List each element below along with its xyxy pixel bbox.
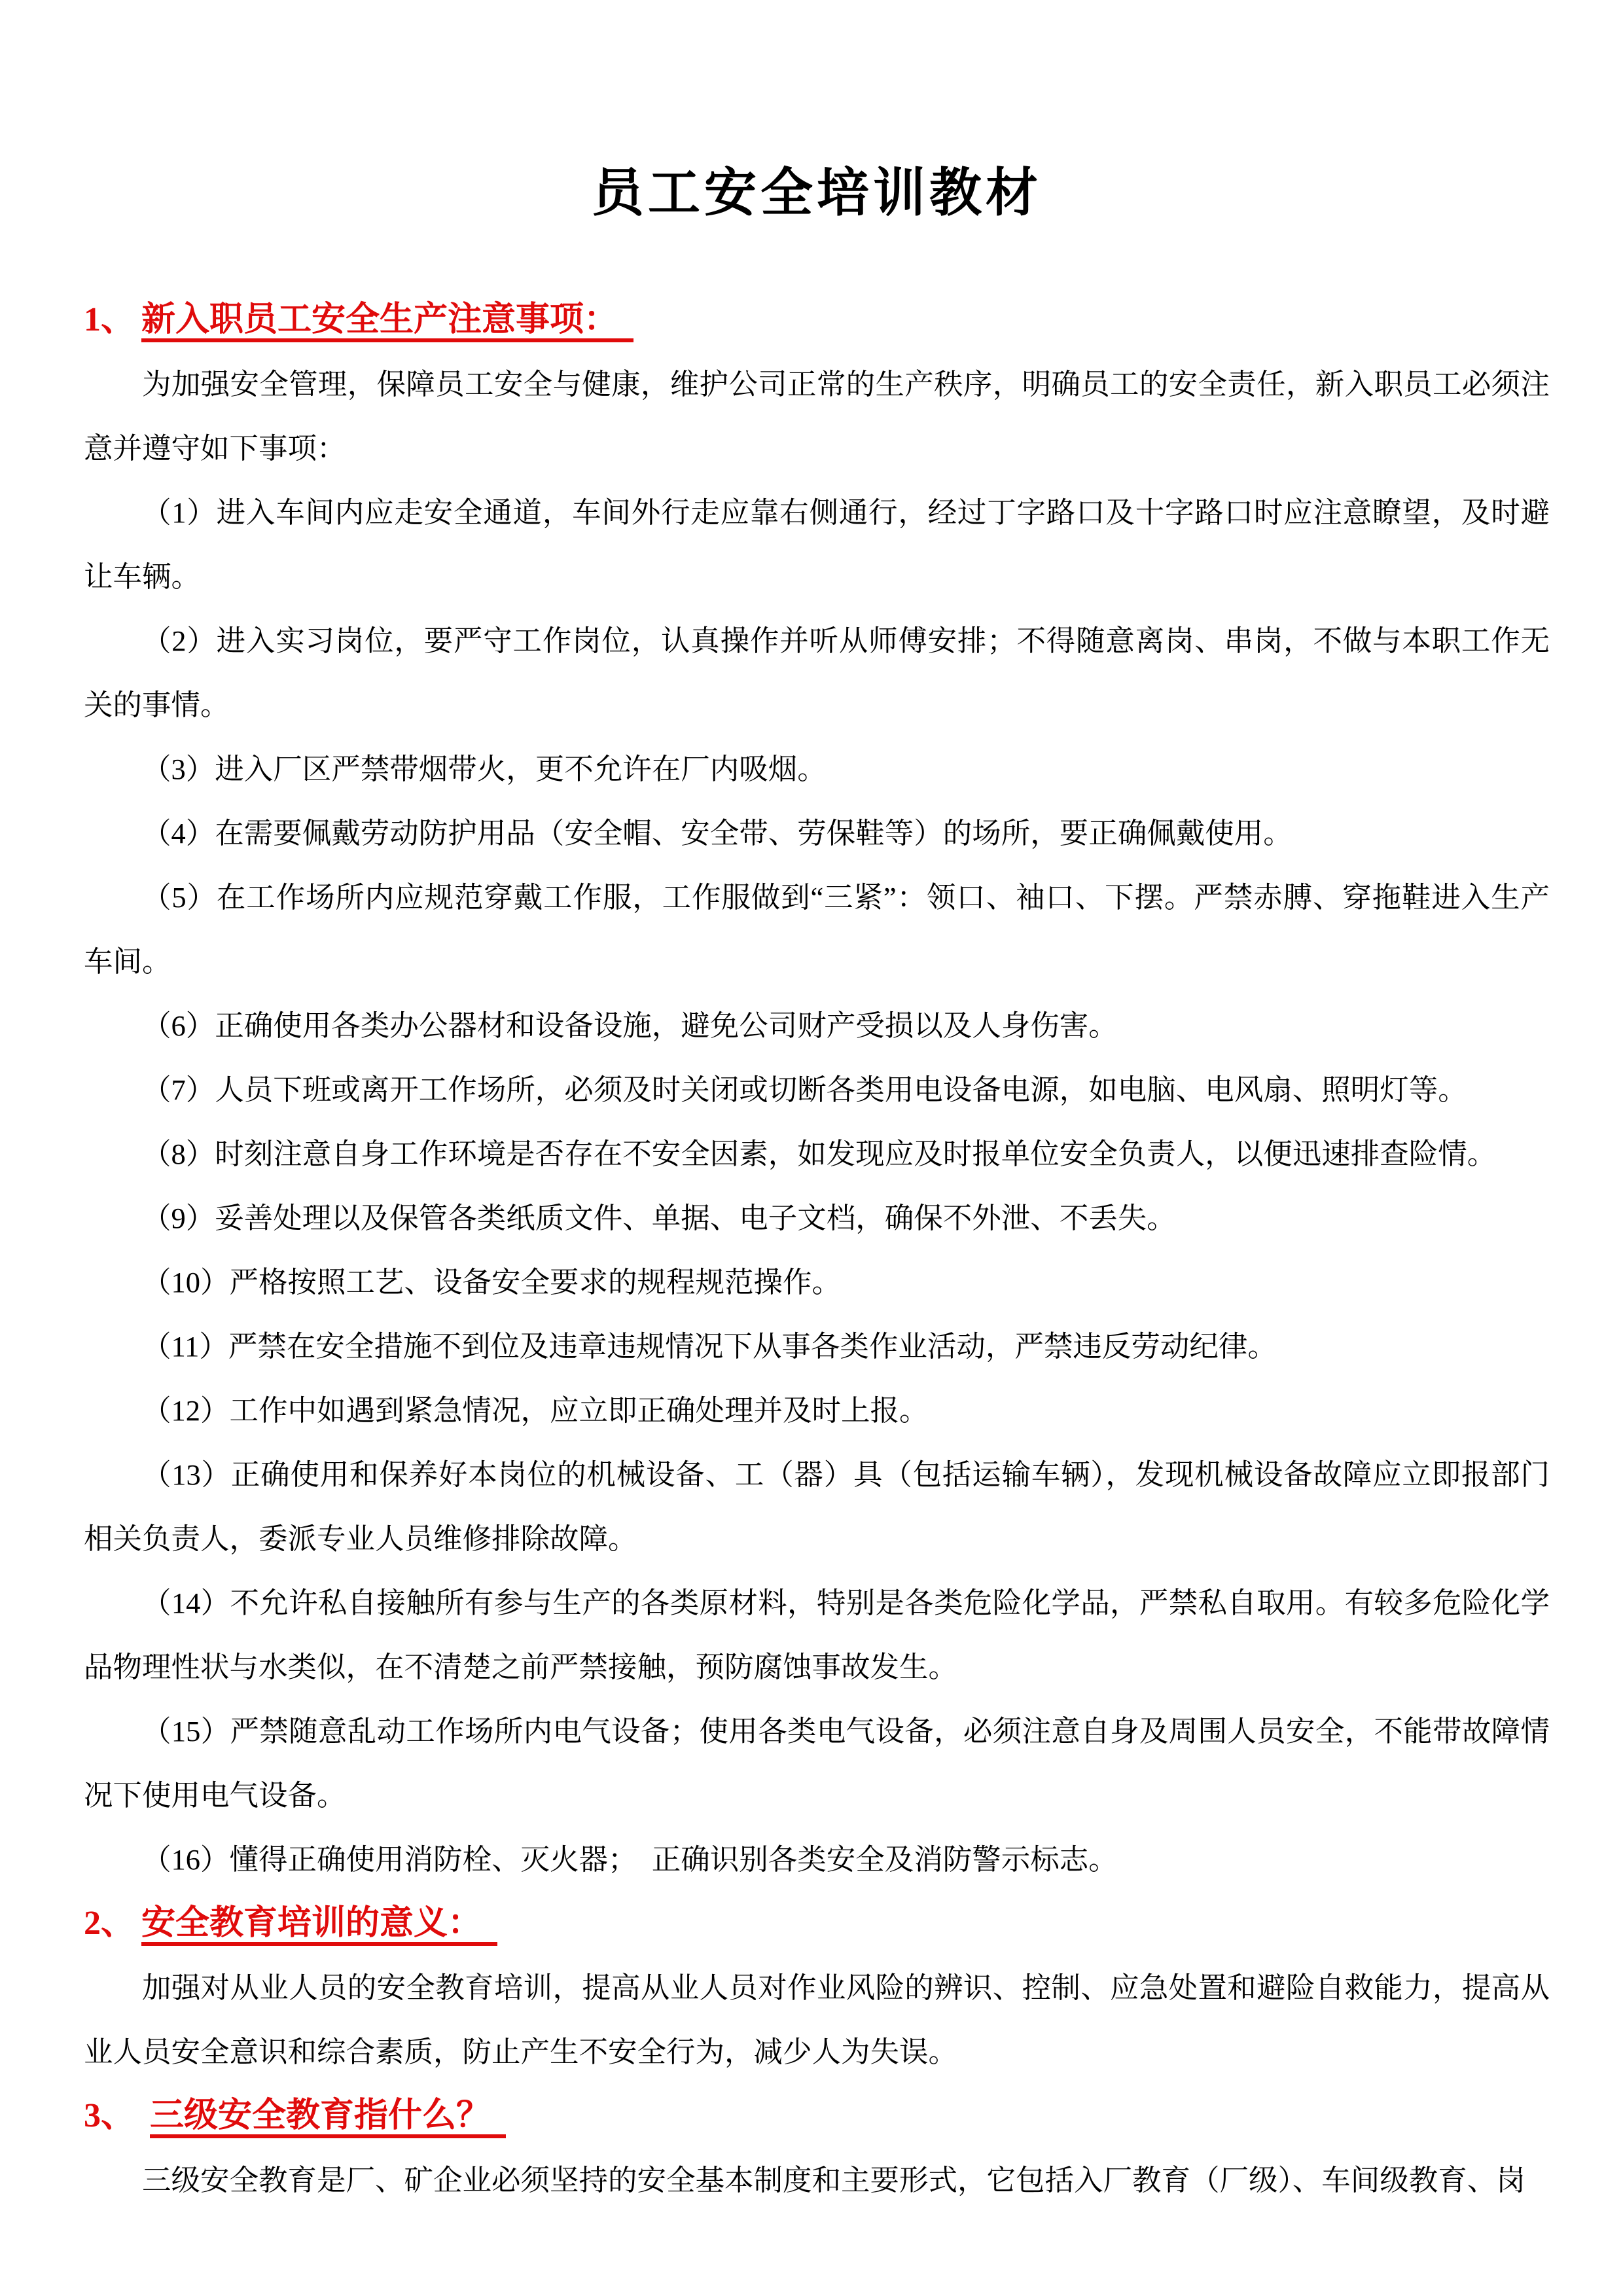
section-number: 3、 — [84, 2097, 143, 2134]
document-title: 员工安全培训教材 — [84, 157, 1550, 229]
paragraph-item-11: （11）严禁在安全措施不到位及违章违规情况下从事各类作业活动，严禁违反劳动纪律。 — [84, 1314, 1550, 1378]
section-heading: 3、 三级安全教育指什么？ — [84, 2084, 1550, 2148]
paragraph-item-4: （4）在需要佩戴劳动防护用品（安全帽、安全带、劳保鞋等）的场所，要正确佩戴使用。 — [84, 801, 1550, 865]
section-heading: 2、安全教育培训的意义： — [84, 1892, 1550, 1956]
paragraph-item-10: （10）严格按照工艺、设备安全要求的规程规范操作。 — [84, 1250, 1550, 1314]
section-heading-text: 安全教育培训的意义： — [141, 1905, 497, 1946]
paragraph-item-9: （9）妥善处理以及保管各类纸质文件、单据、电子文档，确保不外泄、不丢失。 — [84, 1186, 1550, 1250]
paragraph: 加强对从业人员的安全教育培训，提高从业人员对作业风险的辨识、控制、应急处置和避险… — [84, 1956, 1550, 2084]
paragraph-item-7: （7）人员下班或离开工作场所，必须及时关闭或切断各类用电设备电源，如电脑、电风扇… — [84, 1058, 1550, 1122]
paragraph-item-15: （15）严禁随意乱动工作场所内电气设备；使用各类电气设备，必须注意自身及周围人员… — [84, 1699, 1550, 1827]
paragraph: 三级安全教育是厂、矿企业必须坚持的安全基本制度和主要形式，它包括入厂教育（厂级）… — [84, 2148, 1550, 2212]
paragraph-item-1: （1）进入车间内应走安全通道，车间外行走应靠右侧通行，经过丁字路口及十字路口时应… — [84, 480, 1550, 609]
section-heading-text: 新入职员工安全生产注意事项： — [141, 301, 633, 342]
paragraph-item-5: （5）在工作场所内应规范穿戴工作服，工作服做到“三紧”：领口、袖口、下摆。严禁赤… — [84, 865, 1550, 994]
paragraph-item-3: （3）进入厂区严禁带烟带火，更不允许在厂内吸烟。 — [84, 737, 1550, 801]
paragraph-item-13: （13）正确使用和保养好本岗位的机械设备、工（器）具（包括运输车辆），发现机械设… — [84, 1443, 1550, 1571]
section-heading: 1、新入职员工安全生产注意事项： — [84, 288, 1550, 352]
paragraph-item-16: （16）懂得正确使用消防栓、灭火器； 正确识别各类安全及消防警示标志。 — [84, 1827, 1550, 1892]
paragraph-item-2: （2）进入实习岗位，要严守工作岗位，认真操作并听从师傅安排；不得随意离岗、串岗，… — [84, 609, 1550, 737]
section-number: 2、 — [84, 1905, 135, 1942]
paragraph-item-14: （14）不允许私自接触所有参与生产的各类原材料，特别是各类危险化学品，严禁私自取… — [84, 1571, 1550, 1699]
paragraph-item-6: （6）正确使用各类办公器材和设备设施，避免公司财产受损以及人身伤害。 — [84, 994, 1550, 1058]
section-three-level-education: 3、 三级安全教育指什么？ 三级安全教育是厂、矿企业必须坚持的安全基本制度和主要… — [84, 2084, 1550, 2212]
section-number: 1、 — [84, 301, 135, 338]
section-heading-text: 三级安全教育指什么？ — [150, 2097, 506, 2138]
section-training-significance: 2、安全教育培训的意义： 加强对从业人员的安全教育培训，提高从业人员对作业风险的… — [84, 1892, 1550, 2084]
paragraph-item-12: （12）工作中如遇到紧急情况，应立即正确处理并及时上报。 — [84, 1378, 1550, 1443]
section-new-employee-notes: 1、新入职员工安全生产注意事项： 为加强安全管理，保障员工安全与健康，维护公司正… — [84, 288, 1550, 1892]
paragraph-intro: 为加强安全管理，保障员工安全与健康，维护公司正常的生产秩序，明确员工的安全责任，… — [84, 352, 1550, 480]
paragraph-item-8: （8）时刻注意自身工作环境是否存在不安全因素，如发现应及时报单位安全负责人，以便… — [84, 1122, 1550, 1186]
document-page: 员工安全培训教材 1、新入职员工安全生产注意事项： 为加强安全管理，保障员工安全… — [0, 0, 1623, 2296]
